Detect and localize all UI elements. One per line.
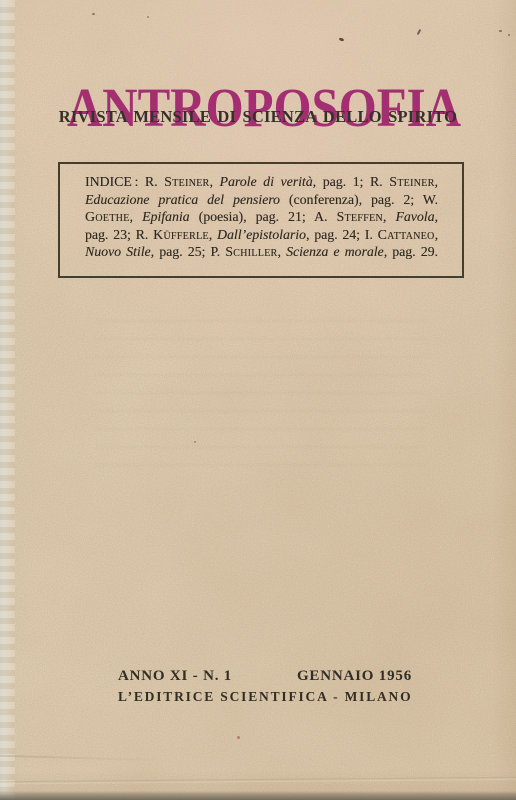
index-line: Goethe, Epifania (poesia), pag. 21; A. S… [85,208,438,226]
index-line: INDICE : R. Steiner, Parole di verità, p… [85,173,438,191]
paper-speck [508,34,510,36]
index-box: INDICE : R. Steiner, Parole di verità, p… [58,162,464,278]
publisher-line: L’EDITRICE SCIENTIFICA - MILANO [118,689,412,704]
scan-bottom-edge [0,791,516,800]
index-line: Educazione pratica del pensiero (confere… [85,191,438,209]
paper-crease [0,755,160,761]
paper-speck [339,37,345,42]
paper-speck [499,30,502,32]
magazine-subtitle: RIVISTA MENSILE DI SCIENZA DELLO SPIRITO [59,107,457,126]
paper-crease [0,777,516,785]
issue-number: ANNO XI - N. 1 [118,668,232,684]
imprint-row: ANNO XI - N. 1 GENNAIO 1956 [118,668,412,684]
page-left-edge [0,0,15,800]
magazine-cover: ANTROPOSOFIA RIVISTA MENSILE DI SCIENZA … [0,0,516,800]
issue-date: GENNAIO 1956 [297,668,412,684]
paper-speck [194,441,196,443]
index-lines: INDICE : R. Steiner, Parole di verità, p… [85,173,438,261]
imprint-block: ANNO XI - N. 1 GENNAIO 1956 L’EDITRICE S… [118,668,412,706]
paper-speck [92,13,95,15]
paper-speck [417,29,422,35]
index-line: pag. 23; R. Küfferle, Dall’epistolario, … [85,226,438,244]
show-through-ghost [95,320,425,475]
paper-speck [237,736,240,739]
paper-speck [147,16,149,18]
index-line: Nuovo Stile, pag. 25; P. Schiller, Scien… [85,243,438,261]
